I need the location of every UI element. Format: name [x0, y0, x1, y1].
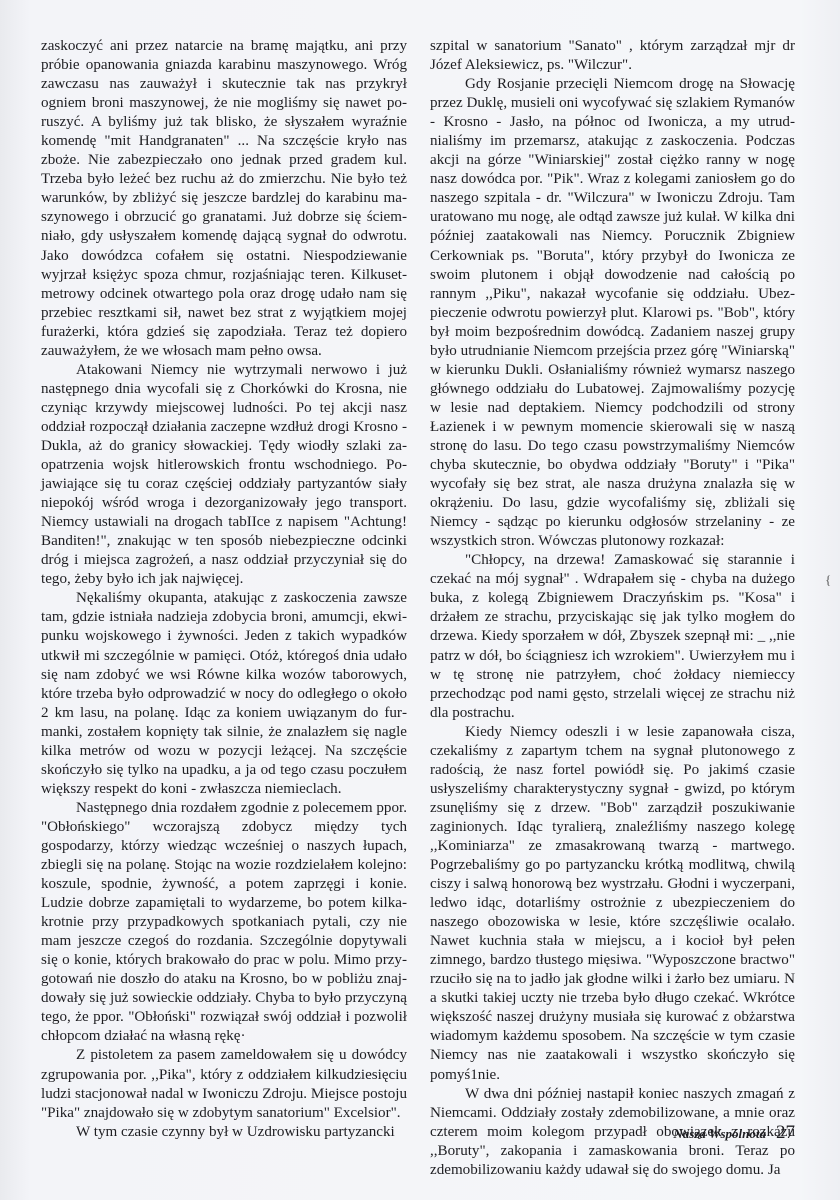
- paragraph: Atakowani Niemcy nie wytrzymali nerwowo …: [41, 361, 407, 590]
- paragraph: Następnego dnia rozdałem zgodnie z polec…: [41, 799, 407, 1047]
- paragraph: szpital w sanatorium "Sanato" , którym z…: [430, 37, 795, 75]
- right-text-column: szpital w sanatorium "Sanato" , którym z…: [430, 37, 795, 1180]
- paragraph: "Chłopcy, na drzewa! Zamaskować się star…: [430, 551, 795, 722]
- margin-bracket-mark: {: [825, 573, 831, 587]
- paragraph: Nękaliśmy okupanta, atakując z zaskoczen…: [41, 589, 407, 799]
- page-number: 27: [776, 1122, 795, 1143]
- page-footer: Nasza Wspólnota 27: [620, 1122, 795, 1144]
- paragraph: Z pistoletem za pasem zameldowałem się u…: [41, 1046, 407, 1122]
- paragraph: Kiedy Niemcy odeszli i w lesie zapanował…: [430, 723, 795, 1085]
- paragraph: zaskoczyć ani przez natarcie na bramę ma…: [41, 37, 407, 361]
- magazine-title: Nasza Wspólnota: [673, 1126, 766, 1141]
- paragraph: Gdy Rosjanie przecięli Niemcom drogę na …: [430, 75, 795, 551]
- left-text-column: zaskoczyć ani przez natarcie na bramę ma…: [41, 37, 407, 1142]
- magazine-page: zaskoczyć ani przez natarcie na bramę ma…: [0, 0, 840, 1200]
- paragraph: W tym czasie czynny był w Uzdrowisku par…: [41, 1123, 407, 1142]
